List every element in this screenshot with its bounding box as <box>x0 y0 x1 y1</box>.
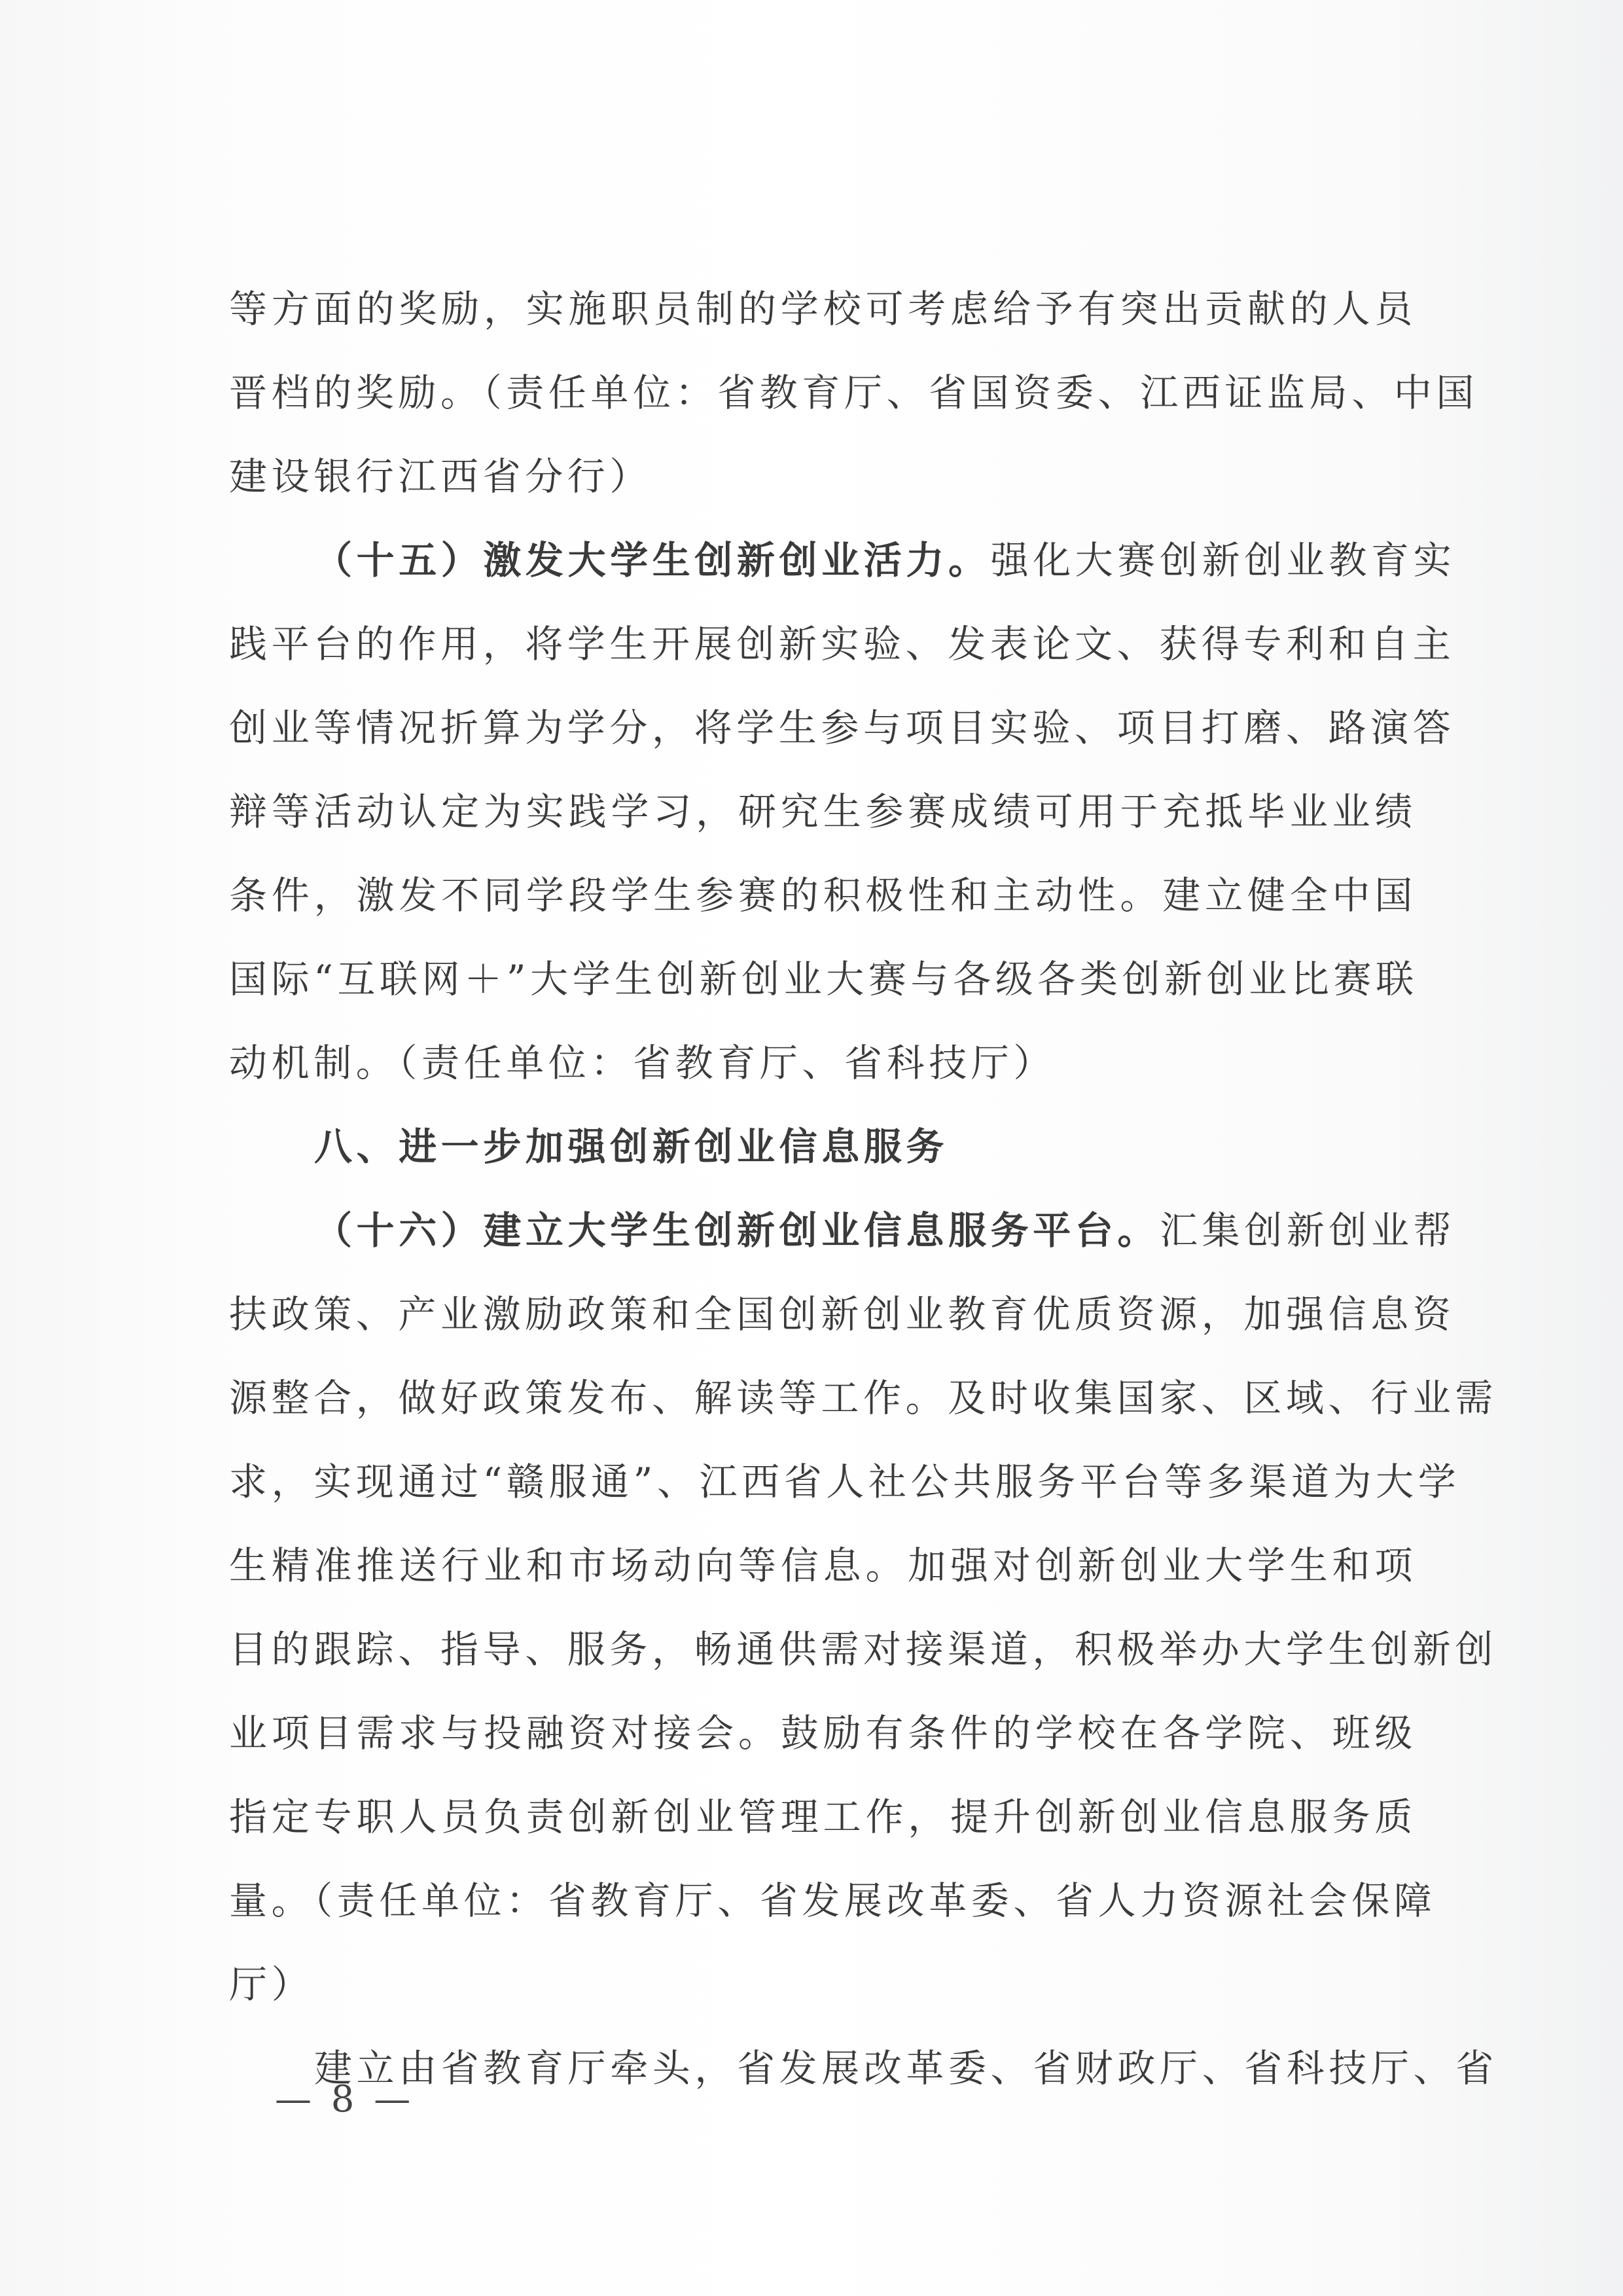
document-body: 等方面的奖励，实施职员制的学校可考虑给予有突出贡献的人员 晋档的奖励。（责任单位… <box>229 267 1417 2110</box>
section-16-title: （十六）建立大学生创新创业信息服务平台。 <box>314 1208 1160 1253</box>
paragraph-line: 创业等情况折算为学分，将学生参与项目实验、项目打磨、路演答 <box>229 686 1417 770</box>
paragraph-line: 条件，激发不同学段学生参赛的积极性和主动性。建立健全中国 <box>229 853 1417 937</box>
section-heading-8: 八、进一步加强创新创业信息服务 <box>229 1105 1417 1189</box>
paragraph-line: 求，实现通过“赣服通”、江西省人社公共服务平台等多渠道为大学 <box>229 1440 1417 1524</box>
paragraph-line: 动机制。（责任单位：省教育厅、省科技厅） <box>229 1021 1417 1105</box>
paragraph-line: 厅） <box>229 1943 1417 2026</box>
paragraph-line: 业项目需求与投融资对接会。鼓励有条件的学校在各学院、班级 <box>229 1691 1417 1775</box>
section-16-text: 汇集创新创业帮 <box>1160 1208 1455 1253</box>
page-number: — 8 — <box>275 2078 414 2121</box>
paragraph-line: 践平台的作用，将学生开展创新实验、发表论文、获得专利和自主 <box>229 602 1417 686</box>
section-16-first-line: （十六）建立大学生创新创业信息服务平台。汇集创新创业帮 <box>229 1189 1417 1272</box>
paragraph-line: 晋档的奖励。（责任单位：省教育厅、省国资委、江西证监局、中国 <box>229 351 1417 435</box>
paragraph-line: 生精准推送行业和市场动向等信息。加强对创新创业大学生和项 <box>229 1524 1417 1607</box>
section-15-first-line: （十五）激发大学生创新创业活力。强化大赛创新创业教育实 <box>229 518 1417 602</box>
paragraph-line: 指定专职人员负责创新创业管理工作，提升创新创业信息服务质 <box>229 1775 1417 1859</box>
section-15-title: （十五）激发大学生创新创业活力。 <box>314 538 991 583</box>
paragraph-line: 国际“互联网＋”大学生创新创业大赛与各级各类创新创业比赛联 <box>229 937 1417 1021</box>
paragraph-line: 量。（责任单位：省教育厅、省发展改革委、省人力资源社会保障 <box>229 1859 1417 1943</box>
section-15-text: 强化大赛创新创业教育实 <box>991 538 1456 583</box>
paragraph-line: 目的跟踪、指导、服务，畅通供需对接渠道，积极举办大学生创新创 <box>229 1607 1417 1691</box>
paragraph-line: 源整合，做好政策发布、解读等工作。及时收集国家、区域、行业需 <box>229 1356 1417 1440</box>
paragraph-line: 辩等活动认定为实践学习，研究生参赛成绩可用于充抵毕业业绩 <box>229 770 1417 853</box>
paragraph-line: 扶政策、产业激励政策和全国创新创业教育优质资源，加强信息资 <box>229 1272 1417 1356</box>
paragraph-line: 建设银行江西省分行） <box>229 435 1417 518</box>
paragraph-line: 等方面的奖励，实施职员制的学校可考虑给予有突出贡献的人员 <box>229 267 1417 351</box>
